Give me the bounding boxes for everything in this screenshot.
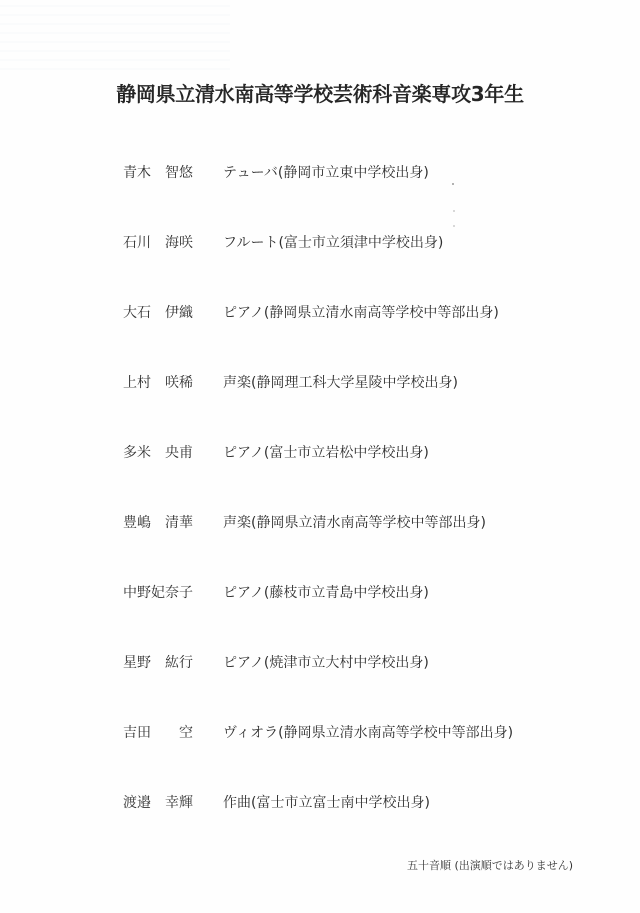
student-name: 大石 伊織 bbox=[123, 303, 223, 323]
student-detail: ピアノ(富士市立岩松中学校出身) bbox=[223, 443, 429, 463]
scan-speck bbox=[452, 183, 454, 185]
student-detail: テューバ(静岡市立東中学校出身) bbox=[223, 163, 429, 183]
roster-row: 上村 咲稀声楽(静岡理工科大学星陵中学校出身) bbox=[123, 373, 458, 393]
student-name: 上村 咲稀 bbox=[123, 373, 223, 393]
student-name: 豊嶋 清華 bbox=[123, 513, 223, 533]
roster-row: 豊嶋 清華声楽(静岡県立清水南高等学校中等部出身) bbox=[123, 513, 486, 533]
student-detail: ピアノ(藤枝市立青島中学校出身) bbox=[223, 583, 429, 603]
roster-row: 多米 央甫ピアノ(富士市立岩松中学校出身) bbox=[123, 443, 429, 463]
roster-row: 大石 伊織ピアノ(静岡県立清水南高等学校中等部出身) bbox=[123, 303, 499, 323]
student-detail: ヴィオラ(静岡県立清水南高等学校中等部出身) bbox=[223, 723, 513, 743]
roster-row: 中野妃奈子ピアノ(藤枝市立青島中学校出身) bbox=[123, 583, 429, 603]
student-name: 青木 智悠 bbox=[123, 163, 223, 183]
student-detail: ピアノ(静岡県立清水南高等学校中等部出身) bbox=[223, 303, 499, 323]
roster-row: 石川 海咲フルート(富士市立須津中学校出身) bbox=[123, 233, 443, 253]
student-name: 石川 海咲 bbox=[123, 233, 223, 253]
student-detail: 作曲(富士市立富士南中学校出身) bbox=[223, 793, 430, 813]
student-name: 星野 紘行 bbox=[123, 653, 223, 673]
scan-speck bbox=[453, 225, 455, 227]
scan-speck bbox=[453, 210, 455, 212]
student-name: 吉田 空 bbox=[123, 723, 223, 743]
document-page: 静岡県立清水南高等学校芸術科音楽専攻3年生 青木 智悠テューバ(静岡市立東中学校… bbox=[0, 0, 640, 913]
roster-row: 吉田 空ヴィオラ(静岡県立清水南高等学校中等部出身) bbox=[123, 723, 513, 743]
roster-row: 青木 智悠テューバ(静岡市立東中学校出身) bbox=[123, 163, 429, 183]
page-title: 静岡県立清水南高等学校芸術科音楽専攻3年生 bbox=[0, 80, 640, 108]
roster-row: 渡邉 幸輝作曲(富士市立富士南中学校出身) bbox=[123, 793, 430, 813]
student-name: 多米 央甫 bbox=[123, 443, 223, 463]
student-detail: ピアノ(焼津市立大村中学校出身) bbox=[223, 653, 429, 673]
student-name: 渡邉 幸輝 bbox=[123, 793, 223, 813]
roster-row: 星野 紘行ピアノ(焼津市立大村中学校出身) bbox=[123, 653, 429, 673]
student-name: 中野妃奈子 bbox=[123, 583, 223, 603]
ordering-note: 五十音順 (出演順ではありません) bbox=[407, 857, 573, 873]
paper-show-through bbox=[0, 0, 230, 70]
student-detail: 声楽(静岡県立清水南高等学校中等部出身) bbox=[223, 513, 486, 533]
student-detail: 声楽(静岡理工科大学星陵中学校出身) bbox=[223, 373, 458, 393]
student-detail: フルート(富士市立須津中学校出身) bbox=[223, 233, 443, 253]
